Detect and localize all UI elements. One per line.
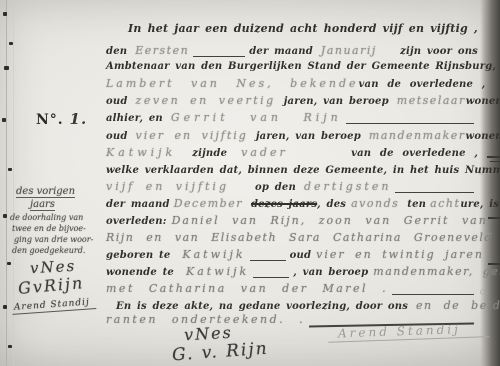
- printed-text: jaren, van beroep: [256, 131, 361, 142]
- printed-text: , des: [317, 199, 346, 210]
- printed-text: oud: [290, 250, 312, 261]
- handwritten-age-2: vier en vijftig: [136, 129, 248, 142]
- record-line-13: Rijn en van Elisabeth Sara Catharina Gro…: [106, 231, 478, 244]
- record-line-5: oud zeven en veertig jaren, van beroep m…: [106, 94, 478, 107]
- record-line-4: Lambert van Nes, bekende van de overlede…: [106, 77, 478, 90]
- handwritten-time-of-day: avonds: [351, 197, 399, 210]
- printed-text: wonende te: [466, 131, 500, 142]
- margin-signature-3: Arend Standij: [12, 297, 97, 315]
- stitch-mark: [3, 214, 7, 218]
- printed-text: ten: [407, 199, 426, 210]
- handwritten-deceased-residence: Katwijk: [186, 265, 249, 278]
- printed-text: op den: [255, 182, 296, 193]
- stitch-mark: [4, 66, 9, 70]
- neighbor-page-line: [488, 217, 500, 219]
- margin-replacement-text-2: jaars: [30, 199, 55, 211]
- handwritten-occupation-2: mandenmaker: [369, 129, 466, 142]
- printed-text: Ambtenaar van den Burgerlijken Stand der…: [106, 61, 500, 72]
- stitch-mark: [3, 12, 7, 16]
- handwritten-day: Eersten: [135, 44, 189, 57]
- struck-printed-text: dezes jaars: [251, 199, 317, 210]
- handwritten-death-month: December: [174, 197, 243, 210]
- handwritten-spouse-name: met Catharina van der Marel .: [106, 282, 388, 295]
- record-number: N°. 1.: [36, 110, 87, 128]
- blank-rule: [253, 274, 289, 278]
- stitch-mark: [8, 168, 12, 171]
- stitch-mark: [7, 262, 11, 265]
- stitch-mark: [3, 305, 7, 309]
- handwritten-deceased-name: Daniel van Rijn, zoon van Gerrit van: [172, 214, 488, 227]
- printed-text: zijn voor ons: [400, 46, 478, 57]
- handwritten-relation: vader: [241, 146, 288, 159]
- handwritten-parents-names: Rijn en van Elisabeth Sara Catharina Gro…: [106, 231, 493, 244]
- ink-bleed-mark: G.: [480, 288, 490, 297]
- handwritten-house-number-2: vijf en vijftig: [106, 180, 229, 193]
- printed-text: wonende: [466, 96, 500, 107]
- handwritten-death-day: dertigsten: [304, 180, 391, 193]
- record-line-12: overleden: Daniel van Rijn, zoon van Ger…: [106, 214, 478, 227]
- handwritten-birthplace: Katwijk: [182, 248, 245, 261]
- stitch-mark: [8, 345, 12, 348]
- printed-text: overleden:: [106, 216, 167, 227]
- stitch-mark: [2, 118, 6, 122]
- margin-note-line-2: twee en de bijvoe-: [12, 224, 86, 233]
- printed-text: den: [106, 46, 127, 57]
- record-line-9: welke verklaarden dat, binnen deze Gemee…: [106, 163, 478, 176]
- blank-rule: [250, 257, 286, 261]
- printed-text: jaren, van beroep: [284, 96, 389, 107]
- margin-signature-2: GvRijn: [17, 273, 85, 298]
- neighbor-page-line: [490, 161, 500, 162]
- death-record-scan: ~~ ~~ G. N°. 1. In het jaar een duizend …: [0, 0, 500, 366]
- blank-rule: [346, 120, 474, 124]
- record-line-3: Ambtenaar van den Burgerlijken Stand der…: [106, 61, 478, 72]
- record-line-1: In het jaar een duizend acht honderd vij…: [128, 22, 478, 35]
- record-line-16: met Catharina van der Marel .: [106, 282, 478, 295]
- handwritten-declarant-2: Gerrit van Rijn: [171, 111, 342, 124]
- record-number-value: 1.: [70, 110, 88, 128]
- printed-text: wonende te: [106, 267, 174, 278]
- handwritten-deceased-age: vier en twintig jaren: [316, 248, 484, 261]
- printed-text: van de overledene ,: [359, 79, 486, 90]
- printed-text: der maand: [249, 46, 313, 57]
- handwritten-month: Januarij: [321, 44, 377, 57]
- printed-text: oud: [106, 131, 128, 142]
- printed-text: alhier, en: [106, 113, 163, 124]
- printed-text: van de overledene ,: [351, 148, 478, 159]
- margin-replacement-text-1: des vorigen: [16, 186, 75, 198]
- printed-text: In het jaar een duizend acht honderd vij…: [128, 22, 478, 35]
- margin-note-line-3: ging van drie woor-: [14, 235, 93, 244]
- handwritten-closing-1: en de beide compa ,: [416, 299, 500, 312]
- record-line-15: wonende te Katwijk , van beroep mandenma…: [106, 265, 478, 278]
- printed-text: der maand: [106, 199, 170, 210]
- record-line-6: alhier, en Gerrit van Rijn: [106, 111, 478, 124]
- binding-stitch-line: [6, 0, 7, 366]
- stitch-mark: [9, 42, 13, 45]
- printed-text: ure, is: [460, 199, 499, 210]
- record-line-17: En is deze akte, na gedane voorlezing, d…: [116, 299, 478, 312]
- record-line-11: der maand December dezes jaars , des avo…: [106, 197, 478, 210]
- handwritten-hour: acht: [430, 197, 460, 210]
- record-line-10: vijf en vijftig op den dertigsten: [106, 180, 478, 193]
- record-number-prefix: N°.: [36, 112, 64, 128]
- neighbor-page-line: [487, 156, 500, 158]
- printed-text: En is deze akte, na gedane voorlezing, d…: [116, 301, 408, 312]
- handwritten-occupation-1: metselaar: [397, 94, 466, 107]
- record-line-8: Katwijk zijnde vader van de overledene ,: [106, 146, 478, 159]
- handwritten-deceased-occupation: mandenmaker, gehuwd: [373, 265, 500, 278]
- handwritten-declarant-1: Lambert van Nes, bekende: [106, 77, 359, 90]
- record-line-14: geboren te Katwijk oud vier en twintig j…: [106, 248, 478, 261]
- printed-text: oud: [106, 96, 128, 107]
- printed-text: zijnde: [192, 148, 227, 159]
- margin-note-line-4: den goedgekeurd.: [12, 246, 85, 255]
- blank-rule: [392, 291, 474, 295]
- handwritten-residence: Katwijk: [106, 146, 176, 159]
- blank-rule: [193, 53, 245, 57]
- printed-text: , van beroep: [293, 267, 368, 278]
- printed-text: welke verklaarden dat, binnen deze Gemee…: [106, 165, 500, 176]
- blank-rule: [395, 189, 474, 193]
- printed-text: geboren te: [106, 250, 170, 261]
- handwritten-age-1: zeven en veertig: [136, 94, 276, 107]
- record-line-2: den Eersten der maand Januarij zijn voor…: [106, 44, 478, 57]
- margin-note-line-1: de doorhaling van: [10, 213, 83, 222]
- record-line-7: oud vier en vijftig jaren, van beroep ma…: [106, 129, 478, 142]
